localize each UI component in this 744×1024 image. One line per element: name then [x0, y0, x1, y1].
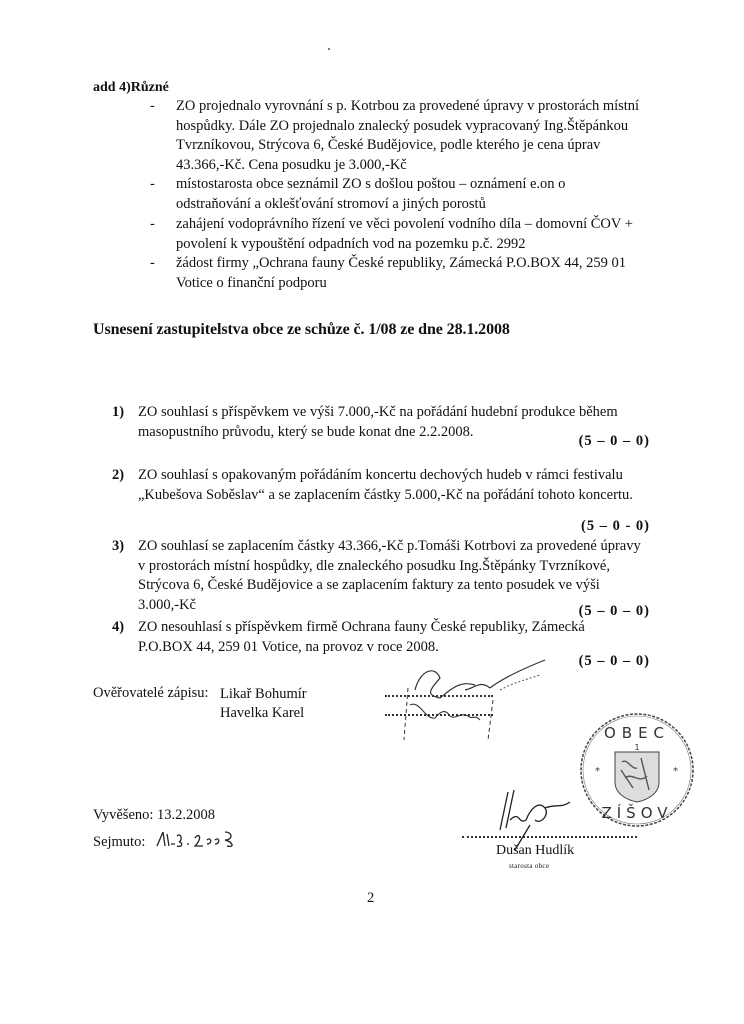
section-heading: add 4)Různé	[93, 80, 169, 96]
svg-text:*: *	[673, 766, 678, 777]
resolution-line: v prostorách místní hospůdky, dle znalec…	[138, 557, 672, 577]
removed-row: Sejmuto:	[93, 824, 239, 851]
vote-result: (5 – 0 – 0)	[579, 433, 650, 450]
resolution-number: 3)	[112, 537, 124, 557]
bullet-item: -zahájení vodoprávního řízení ve věci po…	[150, 215, 680, 254]
page-number: 2	[367, 890, 374, 907]
resolution-line: ZO souhlasí s opakovaným pořádáním konce…	[138, 466, 672, 486]
bullet-dash: -	[150, 97, 155, 117]
bullet-line: 43.366,-Kč. Cena posudku je 3.000,-Kč	[176, 156, 680, 176]
resolution-line: „Kubešova Soběslav“ a se zaplacením část…	[138, 486, 672, 506]
bullet-line: hospůdky. Dále ZO projednalo znalecký po…	[176, 117, 680, 137]
verifiers-label: Ověřovatelé zápisu:	[93, 685, 209, 702]
bullet-item: -žádost firmy „Ochrana fauny České repub…	[150, 254, 680, 293]
municipal-stamp: OBEC 1 ZÍŠOV * *	[577, 710, 697, 830]
verifier-name: Havelka Karel	[220, 704, 307, 723]
mayor-signature	[490, 780, 580, 850]
resolution-line: ZO nesouhlasí s příspěvkem firmě Ochrana…	[138, 618, 672, 638]
resolution-line: Strýcova 6, České Budějovice a se zaplac…	[138, 576, 672, 596]
mayor-role: starosta obce	[509, 862, 549, 870]
stamp-top-text: OBEC	[604, 724, 670, 742]
bullet-line: zahájení vodoprávního řízení ve věci pov…	[176, 215, 680, 235]
verifier-name: Likař Bohumír	[220, 685, 307, 704]
bullet-dash: -	[150, 175, 155, 195]
svg-text:*: *	[595, 766, 600, 777]
resolution-title: Usnesení zastupitelstva obce ze schůze č…	[93, 321, 510, 339]
bullet-item: -ZO projednalo vyrovnání s p. Kotrbou za…	[150, 97, 680, 175]
bullet-line: Votice o finanční podporu	[176, 274, 680, 294]
bullet-line: povolení k vypouštění odpadních vod na p…	[176, 235, 680, 255]
resolution-item: 2)ZO souhlasí s opakovaným pořádáním kon…	[112, 466, 672, 505]
resolution-number: 1)	[112, 403, 124, 423]
resolution-number: 2)	[112, 466, 124, 486]
vote-result: (5 – 0 – 0)	[579, 653, 650, 670]
bullet-line: místostarosta obce seznámil ZO s došlou …	[176, 175, 680, 195]
bullet-line: odstraňování a oklešťování stromoví a ji…	[176, 195, 680, 215]
resolution-line: ZO souhlasí se zaplacením částky 43.366,…	[138, 537, 672, 557]
mayor-name: Dušan Hudlík	[496, 843, 574, 859]
resolution-line: ZO souhlasí s příspěvkem ve výši 7.000,-…	[138, 403, 672, 423]
bullet-line: ZO projednalo vyrovnání s p. Kotrbou za …	[176, 97, 680, 117]
stamp-bottom-text: ZÍŠOV	[601, 803, 672, 822]
removed-date-handwritten	[153, 828, 243, 850]
resolution-number: 4)	[112, 618, 124, 638]
bullet-line: Tvrzníkovou, Strýcova 6, České Budějovic…	[176, 136, 680, 156]
verifiers-names: Likař Bohumír Havelka Karel	[220, 685, 307, 723]
bullet-dash: -	[150, 254, 155, 274]
verifier-signatures	[380, 650, 560, 740]
vote-result: (5 – 0 - 0)	[581, 518, 650, 535]
removed-label: Sejmuto:	[93, 834, 145, 850]
bullet-item: -místostarosta obce seznámil ZO s došlou…	[150, 175, 680, 214]
bullet-line: žádost firmy „Ochrana fauny České republ…	[176, 254, 680, 274]
scan-speck	[328, 48, 330, 50]
bullet-dash: -	[150, 215, 155, 235]
posted-date: Vyvěšeno: 13.2.2008	[93, 806, 239, 824]
posting-info: Vyvěšeno: 13.2.2008 Sejmuto:	[93, 806, 239, 851]
stamp-number: 1	[634, 743, 639, 752]
